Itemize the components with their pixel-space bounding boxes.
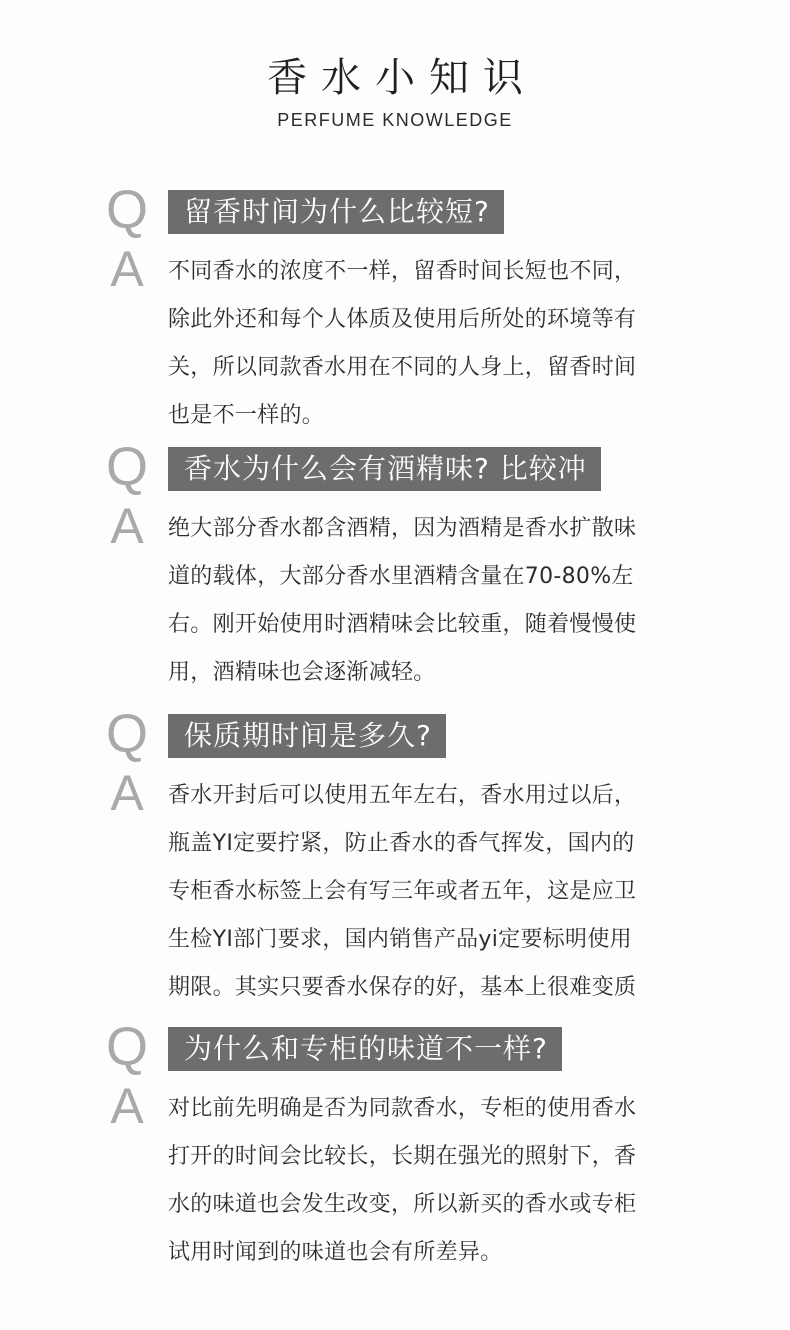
- a-label-icon: A: [102, 768, 152, 818]
- answer-text: 香水开封后可以使用五年左右，香水用过以后， 瓶盖YI定要拧紧，防止香水的香气挥发…: [168, 772, 698, 1012]
- answer-line: 用，酒精味也会逐渐减轻。: [168, 649, 698, 697]
- q-label-icon: Q: [102, 185, 152, 235]
- question-heading: 香水为什么会有酒精味? 比较冲: [168, 447, 601, 491]
- answer-line: 期限。其实只要香水保存的好，基本上很难变质: [168, 964, 698, 1012]
- page-subtitle: PERFUME KNOWLEDGE: [0, 110, 790, 131]
- question-heading: 留香时间为什么比较短?: [168, 190, 504, 234]
- answer-line: 除此外还和每个人体质及使用后所处的环境等有: [168, 296, 698, 344]
- q-label-icon: Q: [102, 442, 152, 492]
- answer-line: 关，所以同款香水用在不同的人身上，留香时间: [168, 344, 698, 392]
- answer-line: 右。刚开始使用时酒精味会比较重，随着慢慢使: [168, 601, 698, 649]
- answer-line: 试用时闻到的味道也会有所差异。: [168, 1229, 698, 1277]
- answer-line: 对比前先明确是否为同款香水，专柜的使用香水: [168, 1085, 698, 1133]
- answer-line: 绝大部分香水都含酒精，因为酒精是香水扩散味: [168, 505, 698, 553]
- question-heading: 为什么和专柜的味道不一样?: [168, 1027, 562, 1071]
- answer-text: 对比前先明确是否为同款香水，专柜的使用香水 打开的时间会比较长，长期在强光的照射…: [168, 1085, 698, 1277]
- question-heading: 保质期时间是多久?: [168, 714, 446, 758]
- answer-line: 道的载体，大部分香水里酒精含量在70-80%左: [168, 553, 698, 601]
- q-label-icon: Q: [102, 1022, 152, 1072]
- page-title: 香水小知识: [0, 46, 790, 103]
- answer-line: 专柜香水标签上会有写三年或者五年，这是应卫: [168, 868, 698, 916]
- answer-line: 瓶盖YI定要拧紧，防止香水的香气挥发，国内的: [168, 820, 698, 868]
- answer-text: 不同香水的浓度不一样，留香时间长短也不同， 除此外还和每个人体质及使用后所处的环…: [168, 248, 698, 440]
- answer-line: 也是不一样的。: [168, 392, 698, 440]
- answer-line: 不同香水的浓度不一样，留香时间长短也不同，: [168, 248, 698, 296]
- answer-line: 水的味道也会发生改变，所以新买的香水或专柜: [168, 1181, 698, 1229]
- a-label-icon: A: [102, 1081, 152, 1131]
- answer-line: 生检YI部门要求，国内销售产品yi定要标明使用: [168, 916, 698, 964]
- answer-line: 打开的时间会比较长，长期在强光的照射下，香: [168, 1133, 698, 1181]
- answer-line: 香水开封后可以使用五年左右，香水用过以后，: [168, 772, 698, 820]
- q-label-icon: Q: [102, 709, 152, 759]
- answer-text: 绝大部分香水都含酒精，因为酒精是香水扩散味 道的载体，大部分香水里酒精含量在70…: [168, 505, 698, 697]
- a-label-icon: A: [102, 501, 152, 551]
- a-label-icon: A: [102, 244, 152, 294]
